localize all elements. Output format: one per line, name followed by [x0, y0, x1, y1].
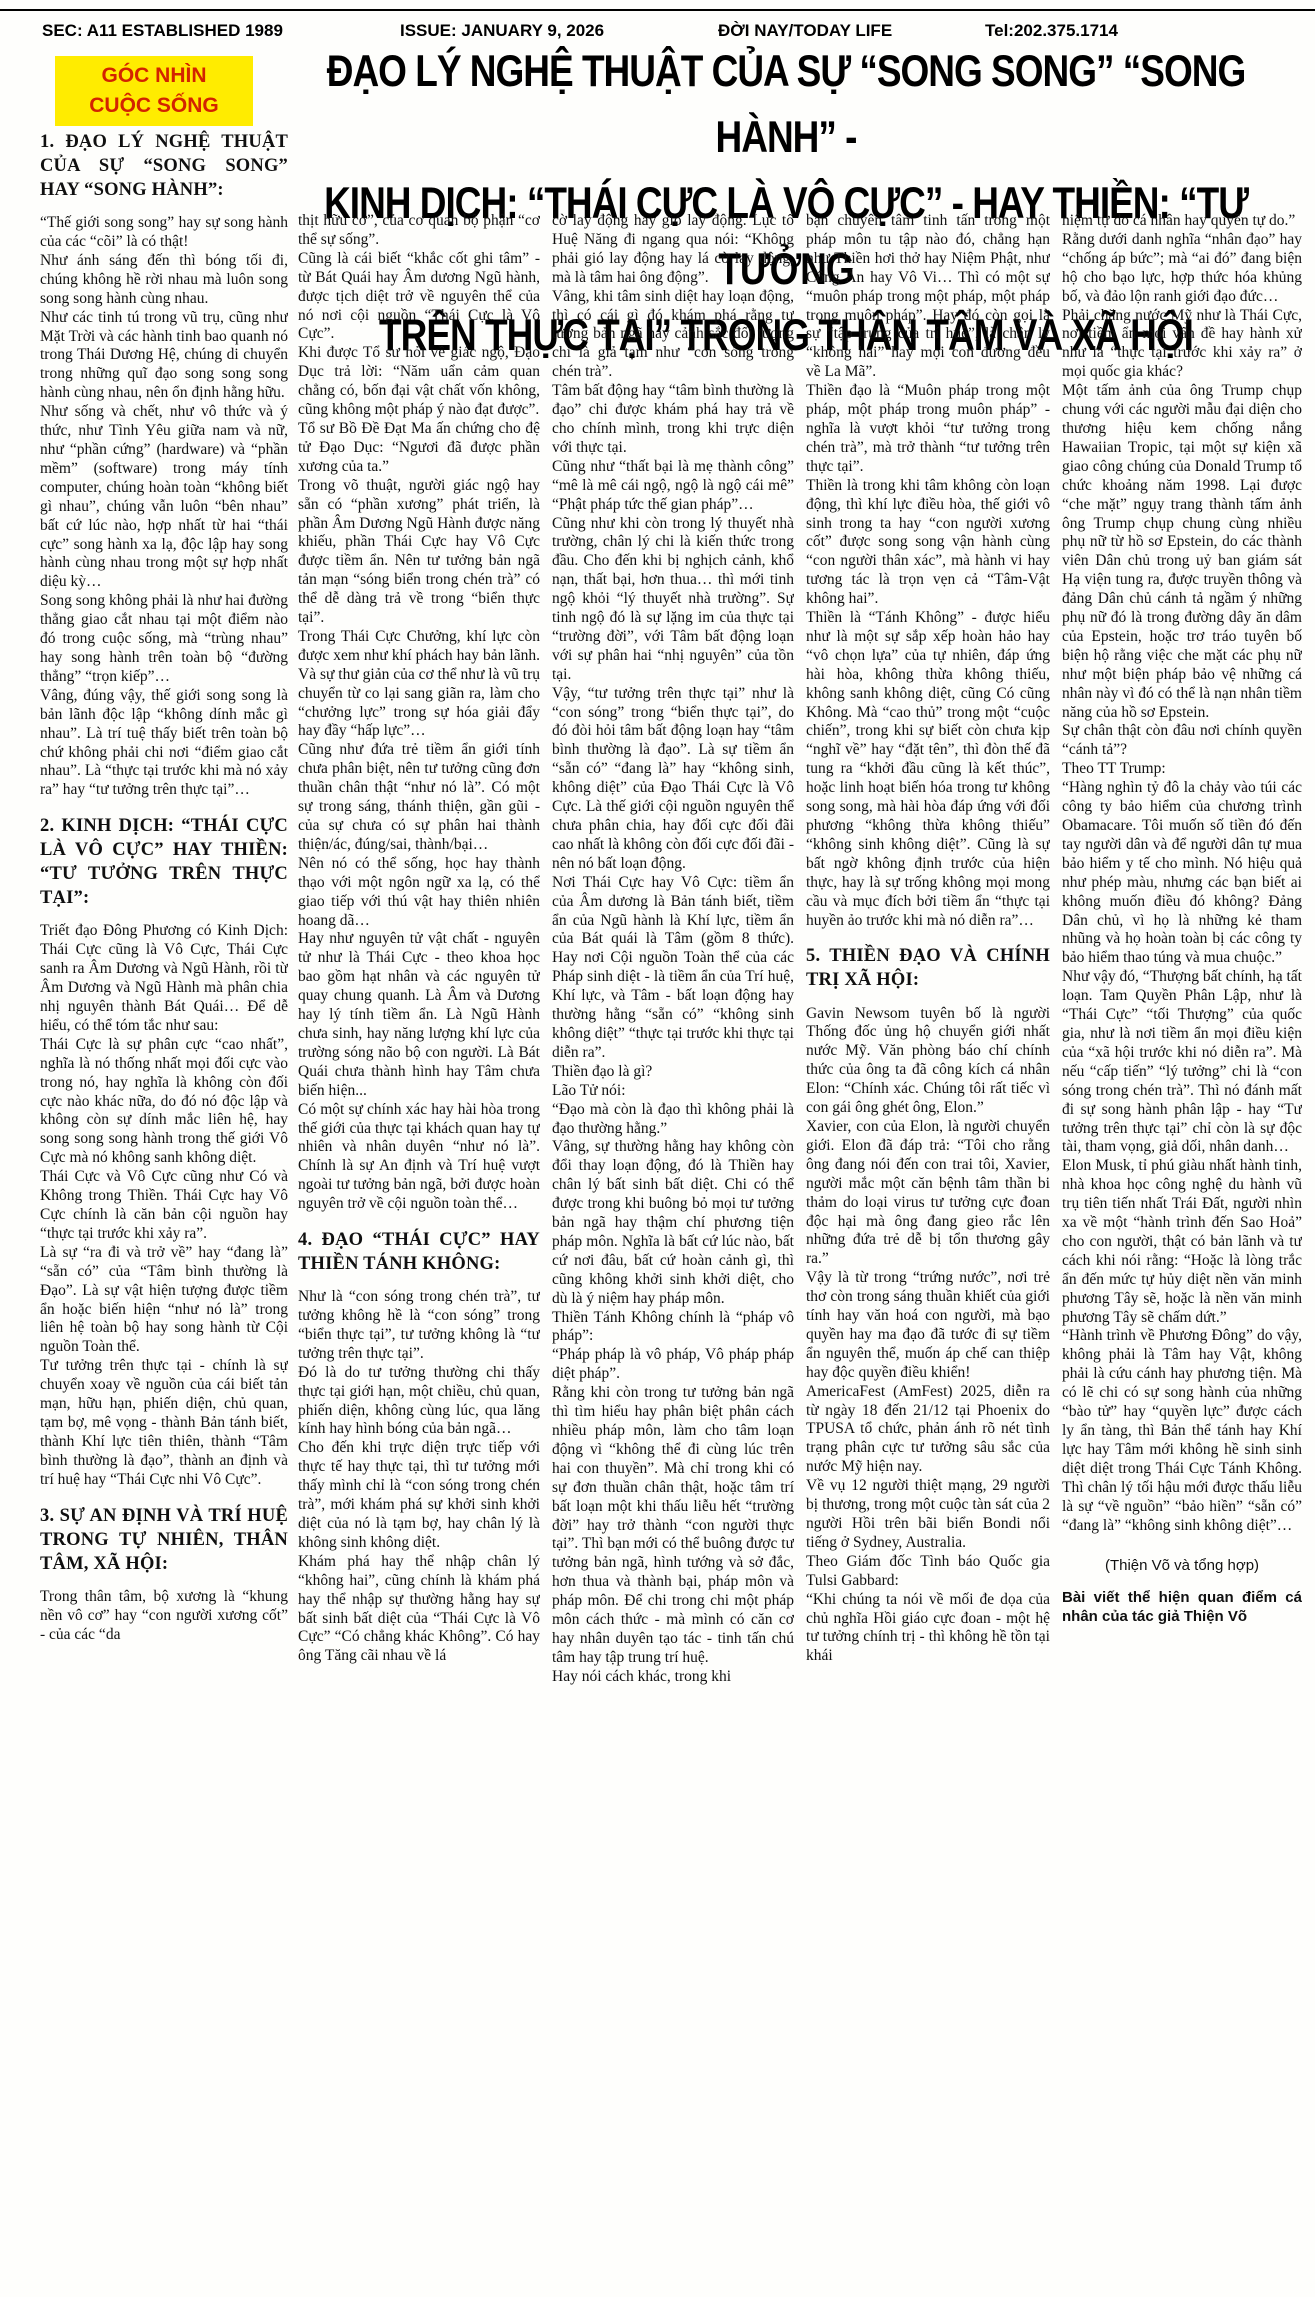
paragraph: Đó là do tư tưởng thường chi thấy thực t… [298, 1364, 540, 1440]
paragraph: Cho đến khi trực diện trực tiếp với thực… [298, 1439, 540, 1552]
section-heading: 3. SỰ AN ĐỊNH VÀ TRÍ HUỆ TRONG TỰ NHIÊN,… [40, 1504, 288, 1576]
paragraph: Hay như nguyên tử vật chất - nguyên tử n… [298, 930, 540, 1100]
paragraph: Thái Cực là sự phân cực “cao nhất”, nghĩ… [40, 1036, 288, 1168]
paragraph: thịt hữu cơ”, của cơ quan bộ phận “cơ th… [298, 212, 540, 250]
text-column-2: thịt hữu cơ”, của cơ quan bộ phận “cơ th… [298, 212, 540, 2282]
newspaper-page: SEC: A11 ESTABLISHED 1989 ISSUE: JANUARY… [0, 0, 1315, 2297]
paragraph: niệm tự do cá nhân hay quyền tự do.” [1062, 212, 1302, 231]
headline-line-1: ĐẠO LÝ NGHỆ THUẬT CỦA SỰ “SONG SONG” “SO… [262, 38, 1310, 170]
paragraph: Vậy là từ trong “trứng nước”, nơi trẻ th… [806, 1269, 1050, 1382]
paragraph: Trong Thái Cực Chưởng, khí lực còn được … [298, 628, 540, 741]
section-heading: 5. THIỀN ĐẠO VÀ CHÍNH TRỊ XÃ HỘI: [806, 944, 1050, 992]
paragraph: “Đạo mà còn là đạo thì không phải là đạo… [552, 1101, 794, 1139]
paragraph: Vâng, đúng vậy, thế giới song song là bả… [40, 687, 288, 800]
paragraph: Cũng như “thất bại là mẹ thành công” “mê… [552, 458, 794, 515]
paragraph: Thiền đạo là “Muôn pháp trong một pháp, … [806, 382, 1050, 477]
paragraph: Như là “con sóng trong chén trà”, tư tưở… [298, 1288, 540, 1364]
paragraph: Vậy, “tư tưởng trên thực tại” như là “co… [552, 685, 794, 874]
paragraph: Triết đạo Đông Phương có Kinh Dịch: Thái… [40, 922, 288, 1035]
paragraph: Phải chăng nước Mỹ như là Thái Cực, nơi … [1062, 307, 1302, 383]
paragraph: Về vụ 12 người thiệt mạng, 29 người bị t… [806, 1477, 1050, 1553]
paragraph: Theo Giám đốc Tình báo Quốc gia Tulsi Ga… [806, 1553, 1050, 1591]
paragraph: “Thế giới song song” hay sự song hành củ… [40, 214, 288, 252]
section-heading: 2. KINH DỊCH: “THÁI CỰC LÀ VÔ CỰC” HAY T… [40, 814, 288, 910]
disclaimer: Bài viết thể hiện quan điểm cá nhân của … [1062, 1588, 1302, 1627]
badge-line-1: GÓC NHÌN [55, 61, 253, 91]
paragraph: Cũng như đứa trẻ tiềm ẩn giới tính chưa … [298, 741, 540, 854]
paragraph: Có một sự chính xác hay hài hòa trong th… [298, 1101, 540, 1214]
paragraph: Xavier, con của Elon, là người chuyển gi… [806, 1118, 1050, 1269]
paragraph: Trong thân tâm, bộ xương là “khung nền v… [40, 1588, 288, 1645]
paragraph: Nên nó có thể sống, học hay thành thạo v… [298, 855, 540, 931]
paragraph: Tổ sư Bồ Đề Đạt Ma ấn chứng cho đệ tử Đạ… [298, 420, 540, 477]
paragraph: Thái Cực và Vô Cực cũng như Có và Không … [40, 1168, 288, 1244]
paragraph: “Pháp pháp là vô pháp, Vô pháp pháp diệt… [552, 1346, 794, 1384]
paragraph: Như ánh sáng đến thì bóng tối đi, chúng … [40, 252, 288, 309]
paragraph: Hay nói cách khác, trong khi [552, 1668, 794, 1687]
text-column-4: bạn chuyên tâm tinh tấn trong một pháp m… [806, 212, 1050, 2282]
paragraph: cờ lay động hay gió lay động. Lục tổ Huệ… [552, 212, 794, 288]
paragraph: “Hàng nghìn tỷ đô la chảy vào túi các cô… [1062, 779, 1302, 968]
badge-line-2: CUỘC SỐNG [55, 91, 253, 121]
paragraph: Khám phá hay thể nhập chân lý “không hai… [298, 1553, 540, 1666]
paragraph: “Hành trình về Phương Đông” do vậy, khôn… [1062, 1327, 1302, 1535]
paragraph: Thiền Tánh Không chính là “pháp vô pháp”… [552, 1309, 794, 1347]
paragraph: Thiền đạo là gì? [552, 1063, 794, 1082]
paragraph: Gavin Newsom tuyên bố là người Thống đốc… [806, 1005, 1050, 1118]
text-column-1: 1. ĐẠO LÝ NGHỆ THUẬT CỦA SỰ “SONG SONG” … [40, 130, 288, 2280]
paragraph: Tâm bất động hay “tâm bình thường là đạo… [552, 382, 794, 458]
paragraph: Rằng khi còn trong tư tưởng bản ngã thì … [552, 1384, 794, 1668]
paragraph: Tư tưởng trên thực tại - chính là sự chu… [40, 1357, 288, 1489]
section-label: SEC: A11 ESTABLISHED 1989 [42, 21, 283, 41]
column-badge: GÓC NHÌN CUỘC SỐNG [55, 56, 253, 126]
paragraph: Một tấm ảnh của ông Trump chụp chung với… [1062, 382, 1302, 722]
paragraph: Cũng là cái biết “khắc cốt ghi tâm” - từ… [298, 250, 540, 345]
paragraph: Như vậy đó, “Thượng bất chính, hạ tất lo… [1062, 968, 1302, 1157]
paragraph: Như sống và chết, như vô thức và ý thức,… [40, 403, 288, 592]
paragraph: Vâng, khi tâm sinh diệt hay loạn động, t… [552, 288, 794, 383]
paragraph: Khi được Tổ sư hỏi về giác ngộ, Đạo Dục … [298, 344, 540, 420]
paragraph: Nơi Thái Cực hay Vô Cực: tiềm ẩn của Âm … [552, 874, 794, 1063]
paragraph: Là sự “ra đi và trở về” hay “đang là” “s… [40, 1244, 288, 1357]
author-credit: (Thiện Võ và tổng hợp) [1062, 1557, 1302, 1575]
paragraph: “Khi chúng ta nói về mối đe dọa của chủ … [806, 1591, 1050, 1667]
paragraph: Sự chân thật còn đâu nơi chính quyền “cá… [1062, 722, 1302, 760]
paragraph: bạn chuyên tâm tinh tấn trong một pháp m… [806, 212, 1050, 382]
paragraph: Thiền là trong khi tâm không còn loạn độ… [806, 477, 1050, 609]
paragraph: Lão Tử nói: [552, 1082, 794, 1101]
paragraph: Thiền là “Tánh Không” - được hiểu như là… [806, 609, 1050, 930]
section-heading: 4. ĐẠO “THÁI CỰC” HAY THIỀN TÁNH KHÔNG: [298, 1228, 540, 1276]
paragraph: AmericaFest (AmFest) 2025, diễn ra từ ng… [806, 1383, 1050, 1478]
paragraph: Vâng, sự thường hằng hay không còn đổi t… [552, 1138, 794, 1308]
text-column-5: niệm tự do cá nhân hay quyền tự do.”Rằng… [1062, 212, 1302, 2282]
text-column-3: cờ lay động hay gió lay động. Lục tổ Huệ… [552, 212, 794, 2282]
paragraph: Theo TT Trump: [1062, 760, 1302, 779]
paragraph: Cũng như khi còn trong lý thuyết nhà trư… [552, 515, 794, 685]
section-heading: 1. ĐẠO LÝ NGHỆ THUẬT CỦA SỰ “SONG SONG” … [40, 130, 288, 202]
paragraph: Song song không phải là như hai đường th… [40, 592, 288, 687]
paragraph: Elon Musk, tỉ phú giàu nhất hành tinh, n… [1062, 1157, 1302, 1327]
paragraph: Trong võ thuật, người giác ngộ hay sẵn c… [298, 477, 540, 628]
paragraph: Rằng dưới danh nghĩa “nhân đạo” hay “chố… [1062, 231, 1302, 307]
paragraph: Như các tinh tú trong vũ trụ, cũng như M… [40, 309, 288, 404]
top-rule [0, 9, 1315, 11]
